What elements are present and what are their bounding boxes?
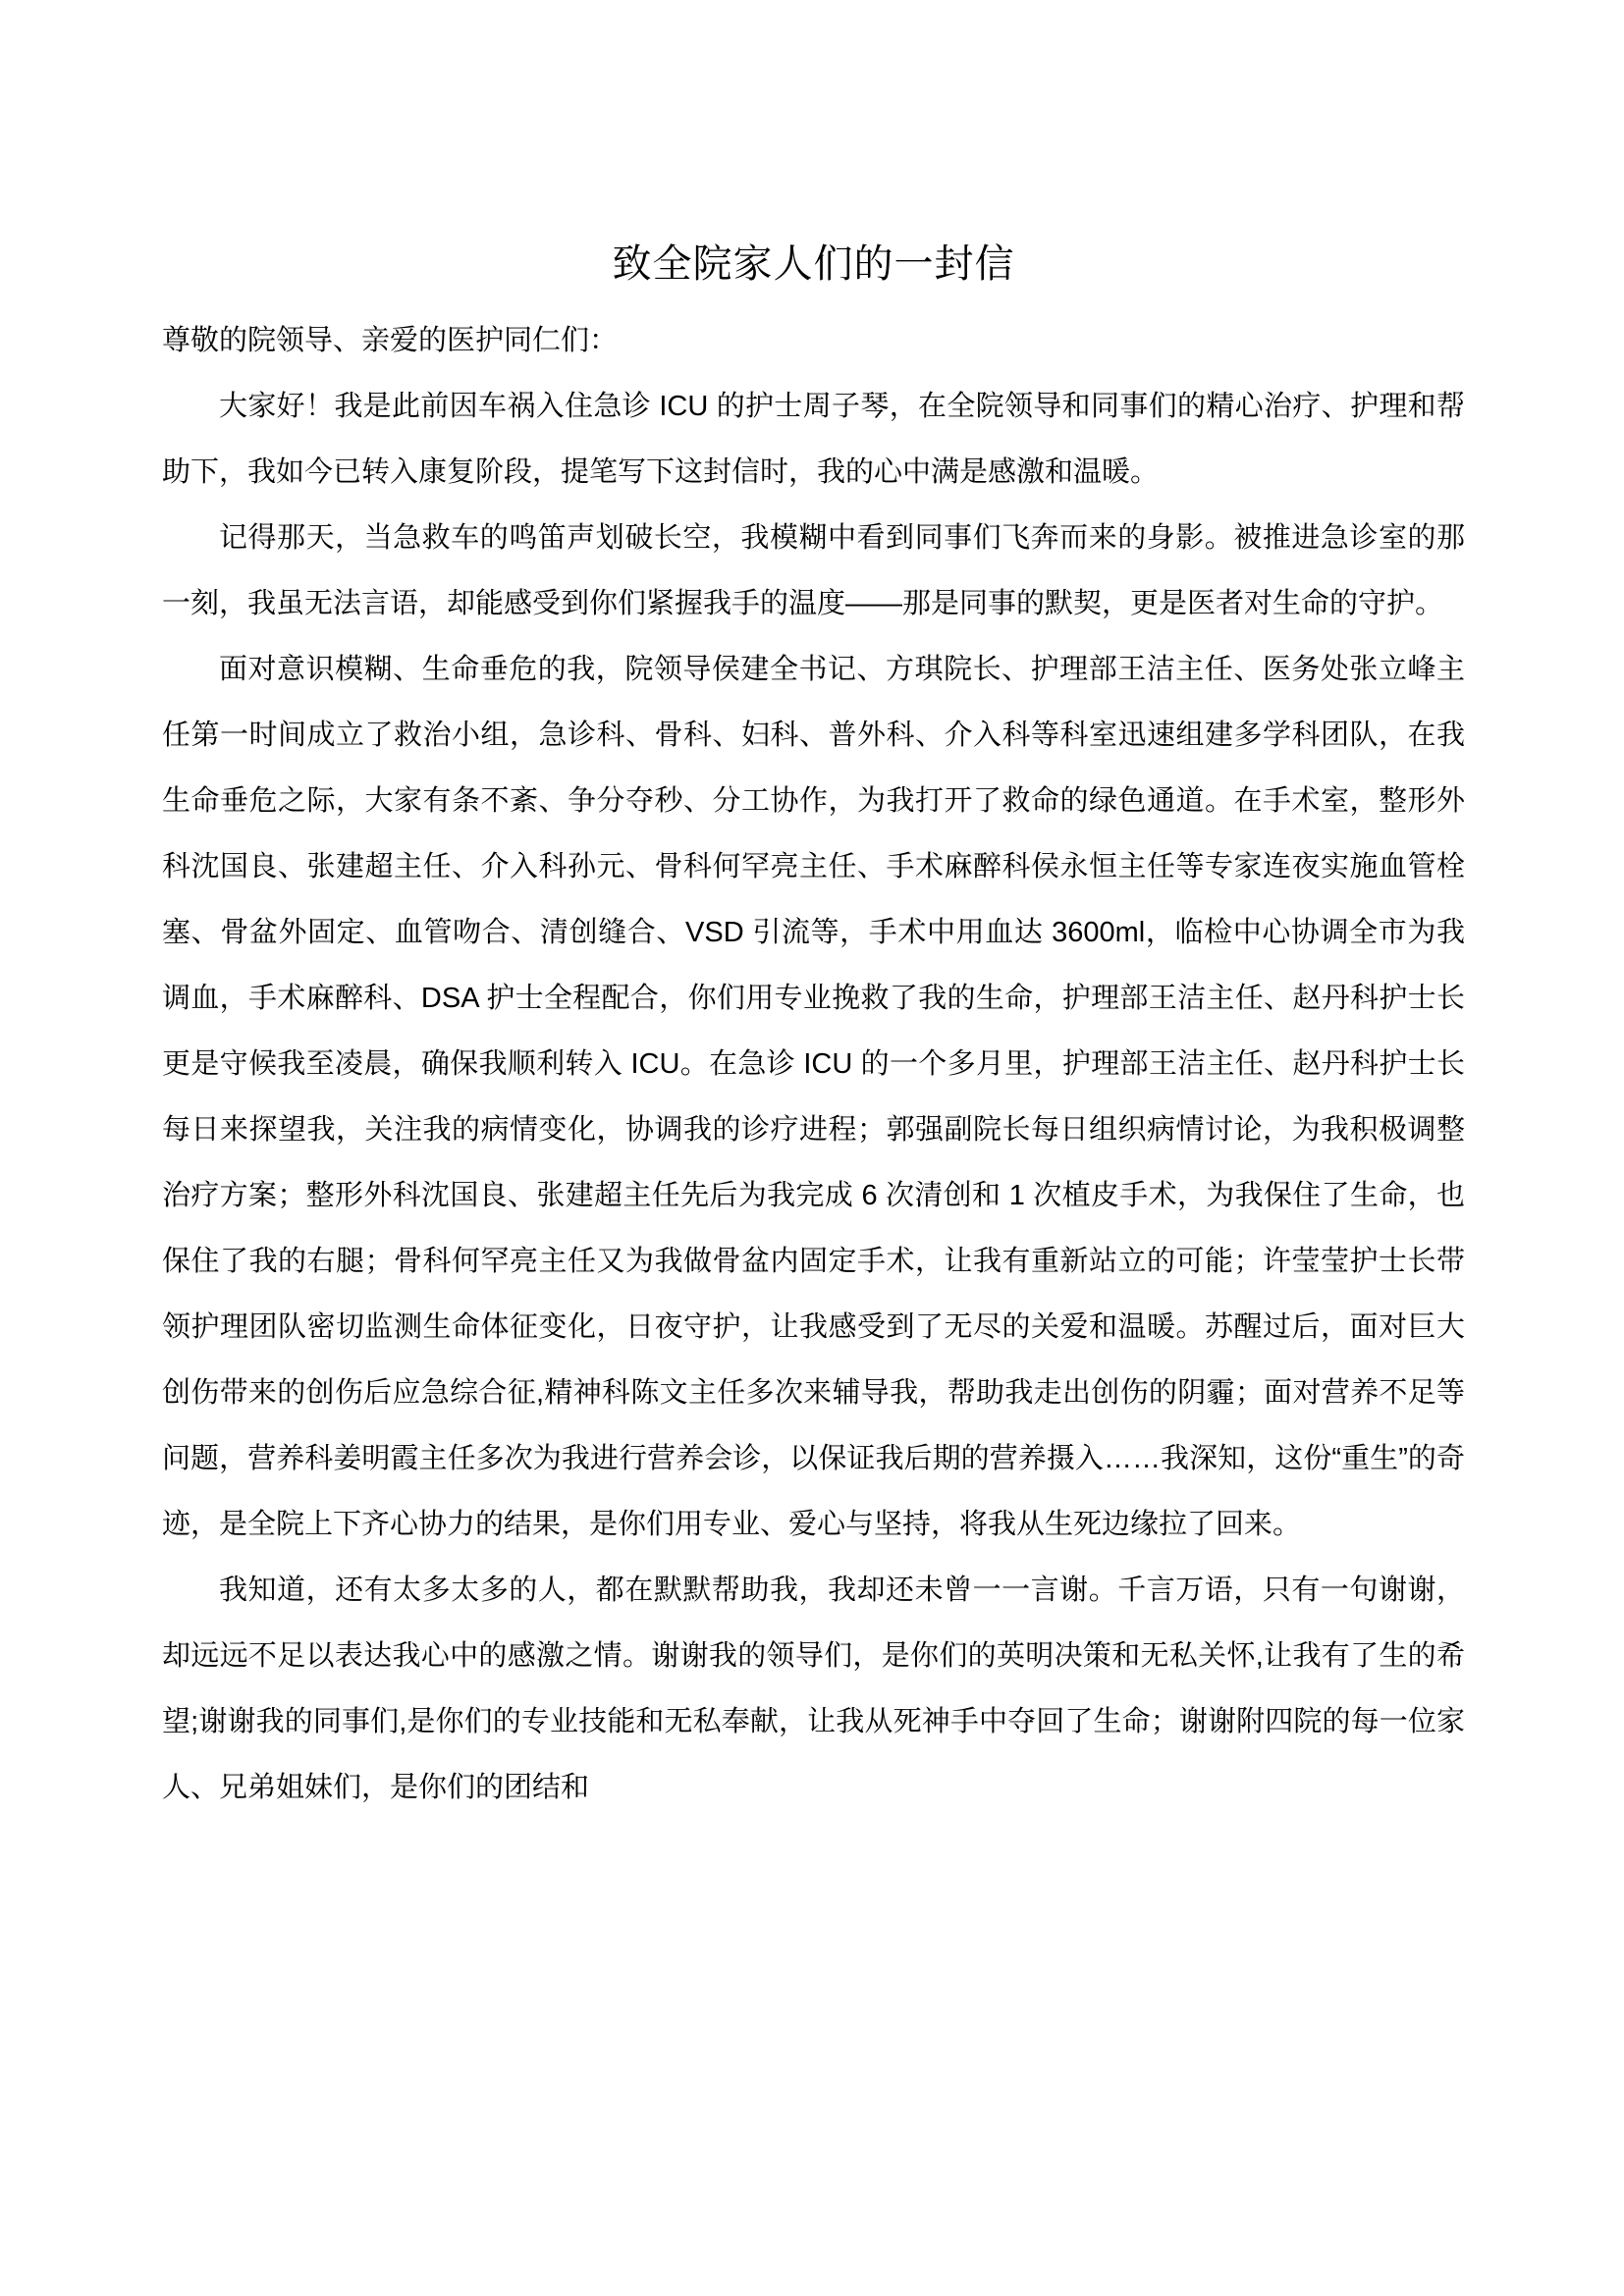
document-page: { "letter": { "title": "致全院家人们的一封信", "sa… (0, 0, 1624, 2296)
letter-paragraph-4: 我知道，还有太多太多的人，都在默默帮助我，我却还未曾一一言谢。千言万语，只有一句… (162, 1558, 1465, 1821)
letter-body: 致全院家人们的一封信 尊敬的院领导、亲爱的医护同仁们： 大家好！我是此前因车祸入… (162, 234, 1465, 1821)
letter-title: 致全院家人们的一封信 (162, 234, 1465, 294)
letter-paragraph-3: 面对意识模糊、生命垂危的我，院领导侯建全书记、方琪院长、护理部王洁主任、医务处张… (162, 637, 1465, 1558)
letter-paragraph-1: 大家好！我是此前因车祸入住急诊 ICU 的护士周子琴，在全院领导和同事们的精心治… (162, 374, 1465, 506)
letter-salutation: 尊敬的院领导、亲爱的医护同仁们： (162, 308, 1465, 374)
letter-paragraph-2: 记得那天，当急救车的鸣笛声划破长空，我模糊中看到同事们飞奔而来的身影。被推进急诊… (162, 506, 1465, 637)
